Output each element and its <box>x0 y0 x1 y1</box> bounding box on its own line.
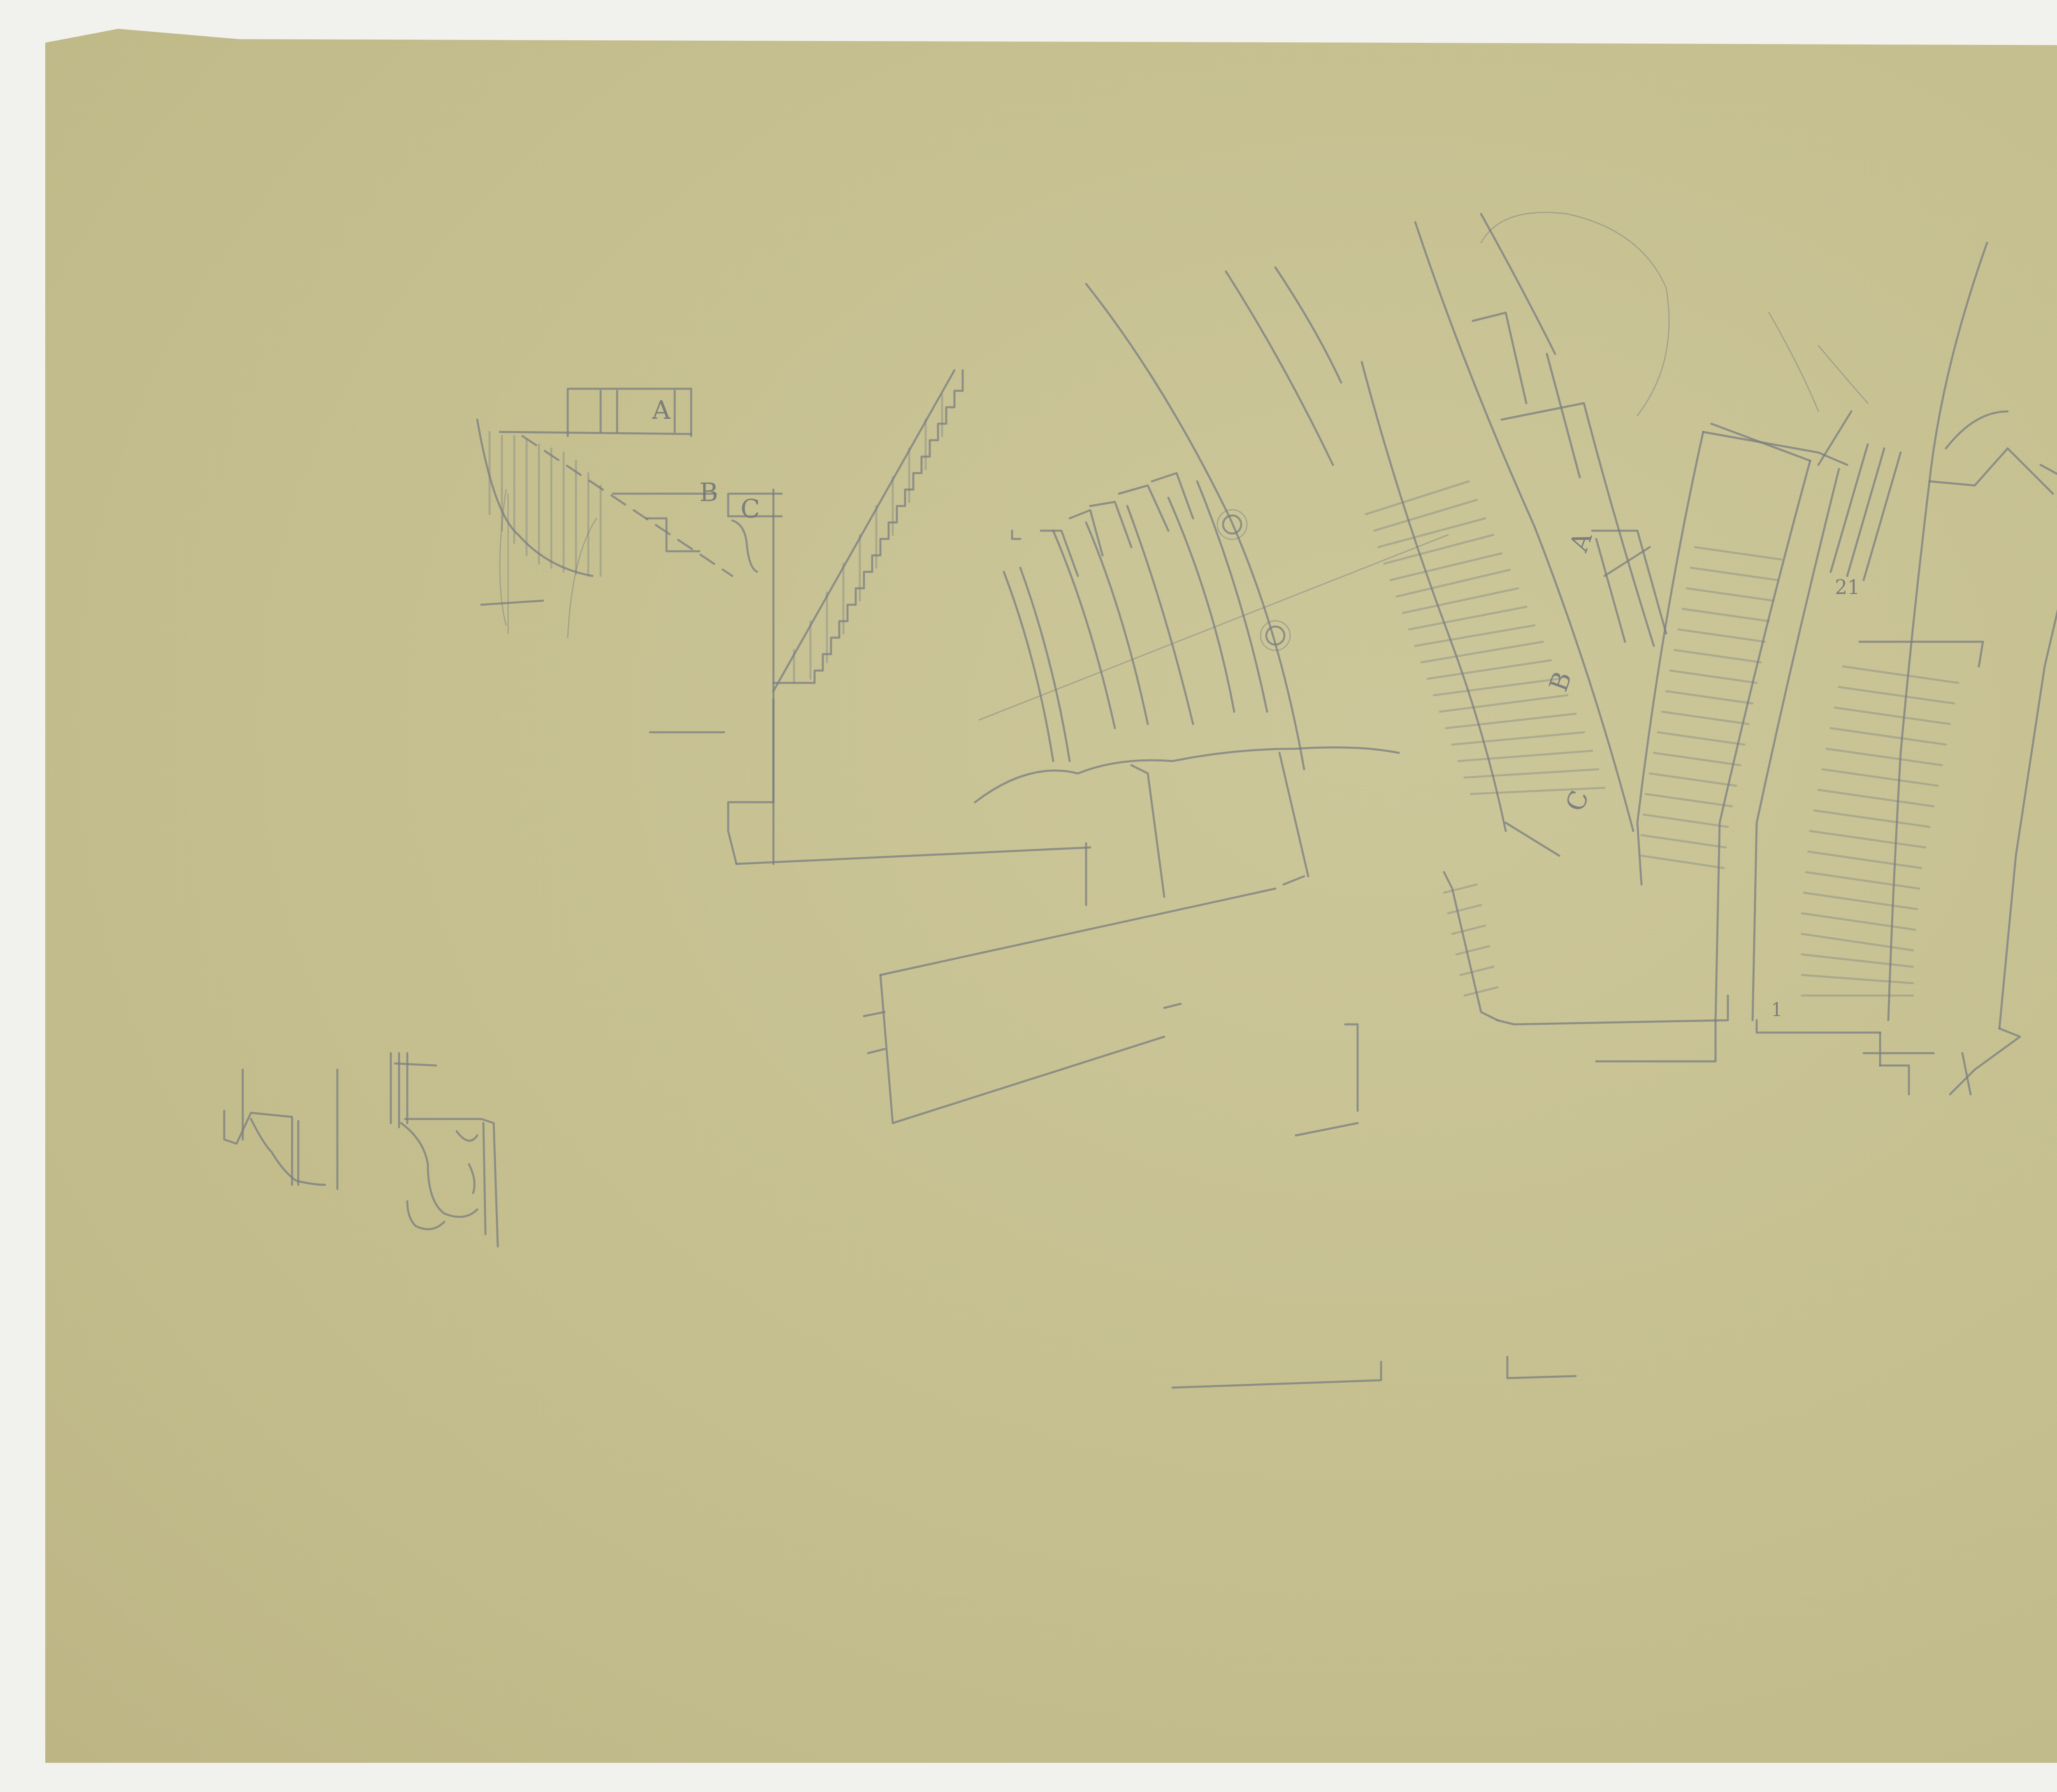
corbel-sketch-right <box>391 1053 498 1247</box>
left-detail-label-c: C <box>741 494 760 524</box>
architectural-drawing <box>0 0 2057 1792</box>
step-number-1: 1 <box>1771 1000 1783 1021</box>
bottom-ground-lines <box>1172 1357 1576 1388</box>
left-detail-label-b: B <box>699 477 718 507</box>
seating-rows <box>864 267 1448 1135</box>
stair-plan-right-flight <box>1596 243 2057 1094</box>
left-elevation-detail <box>477 370 1090 905</box>
corbel-sketch-left <box>224 1070 337 1189</box>
left-detail-label-a: A <box>652 395 671 425</box>
step-number-21: 21 <box>1835 576 1860 599</box>
stair-plan-left-flight <box>1362 212 1728 1024</box>
